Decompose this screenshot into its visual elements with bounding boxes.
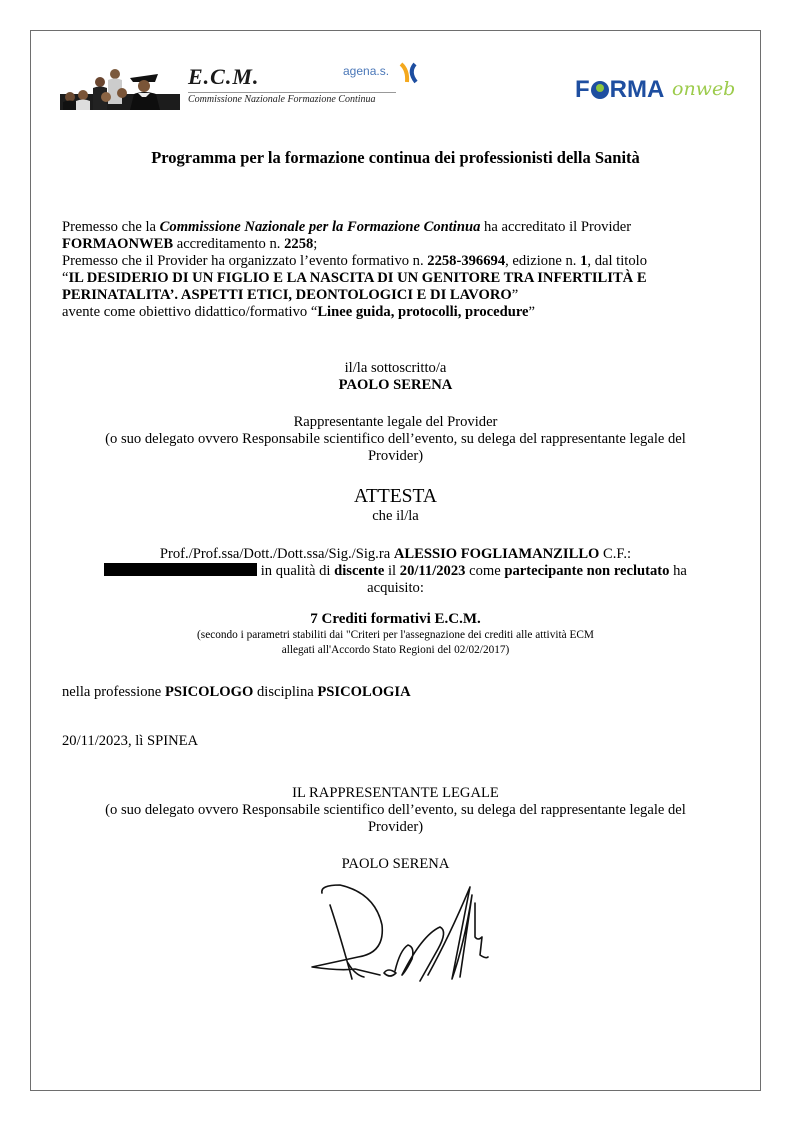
event-number: 2258-396694 [427, 253, 505, 269]
participant-acquired: acquisito: [30, 580, 761, 597]
credits-note-line2: allegati all'Accordo Stato Regioni del 0… [30, 643, 761, 657]
event-title-line2: PERINATALITA’. ASPETTI ETICI, DEONTOLOGI… [62, 287, 512, 303]
participation-date: 20/11/2023 [400, 563, 466, 579]
place-date: 20/11/2023, lì SPINEA [62, 733, 742, 750]
participant-name: ALESSIO FOGLIAMANZILLO [394, 546, 600, 562]
attesta-heading: ATTESTA [30, 486, 761, 508]
signatory-role-note-line1: (o suo delegato ovvero Responsabile scie… [30, 431, 761, 448]
people-circle-icon [591, 81, 609, 99]
participant-type: partecipante non reclutato [504, 563, 669, 579]
discipline: PSICOLOGIA [317, 684, 410, 700]
participant-role: discente [334, 563, 384, 579]
footer-heading: IL RAPPRESENTANTE LEGALE [30, 785, 761, 802]
credits-line: 7 Crediti formativi E.C.M. [30, 610, 761, 628]
agenas-logo-icon [399, 62, 419, 84]
objective: Linee guida, protocolli, procedure [317, 304, 528, 320]
participant-line2: in qualità di discente il 20/11/2023 com… [30, 563, 761, 580]
participant-line1: Prof./Prof.ssa/Dott./Dott.ssa/Sig./Sig.r… [30, 546, 761, 563]
signature-image [300, 875, 500, 985]
formaonweb-logo-onweb: onweb [672, 78, 735, 100]
formaonweb-logo: FRMA [575, 76, 664, 104]
signatory-name: PAOLO SERENA [30, 377, 761, 394]
signatory-label: il/la sottoscritto/a [30, 360, 761, 377]
event-title-line1: IL DESIDERIO DI UN FIGLIO E LA NASCITA D… [68, 270, 646, 286]
footer-note-line2: Provider) [30, 819, 761, 836]
accreditation-number: 2258 [284, 236, 313, 252]
profession-line: nella professione PSICOLOGO disciplina P… [62, 684, 742, 701]
ecm-logo-title: E.C.M. [188, 64, 259, 90]
document-title: Programma per la formazione continua dei… [30, 148, 761, 168]
agenas-logo-text: agena.s. [343, 64, 389, 78]
ecm-painting-logo [60, 64, 180, 110]
tax-code-redacted [104, 563, 257, 576]
credits-value: 7 [310, 611, 318, 627]
attesta-sub: che il/la [30, 508, 761, 525]
ecm-logo-subtitle: Commissione Nazionale Formazione Continu… [188, 92, 396, 105]
signatory-role: Rappresentante legale del Provider [30, 414, 761, 431]
intro-paragraph: Premesso che la Commissione Nazionale pe… [62, 219, 742, 321]
provider-name: FORMAONWEB [62, 236, 173, 252]
profession: PSICOLOGO [165, 684, 253, 700]
signatory-role-note-line2: Provider) [30, 448, 761, 465]
footer-note-line1: (o suo delegato ovvero Responsabile scie… [30, 802, 761, 819]
commission-name: Commissione Nazionale per la Formazione … [160, 219, 481, 235]
footer-signatory-name: PAOLO SERENA [30, 856, 761, 873]
credits-note-line1: (secondo i parametri stabiliti dai "Crit… [30, 628, 761, 642]
